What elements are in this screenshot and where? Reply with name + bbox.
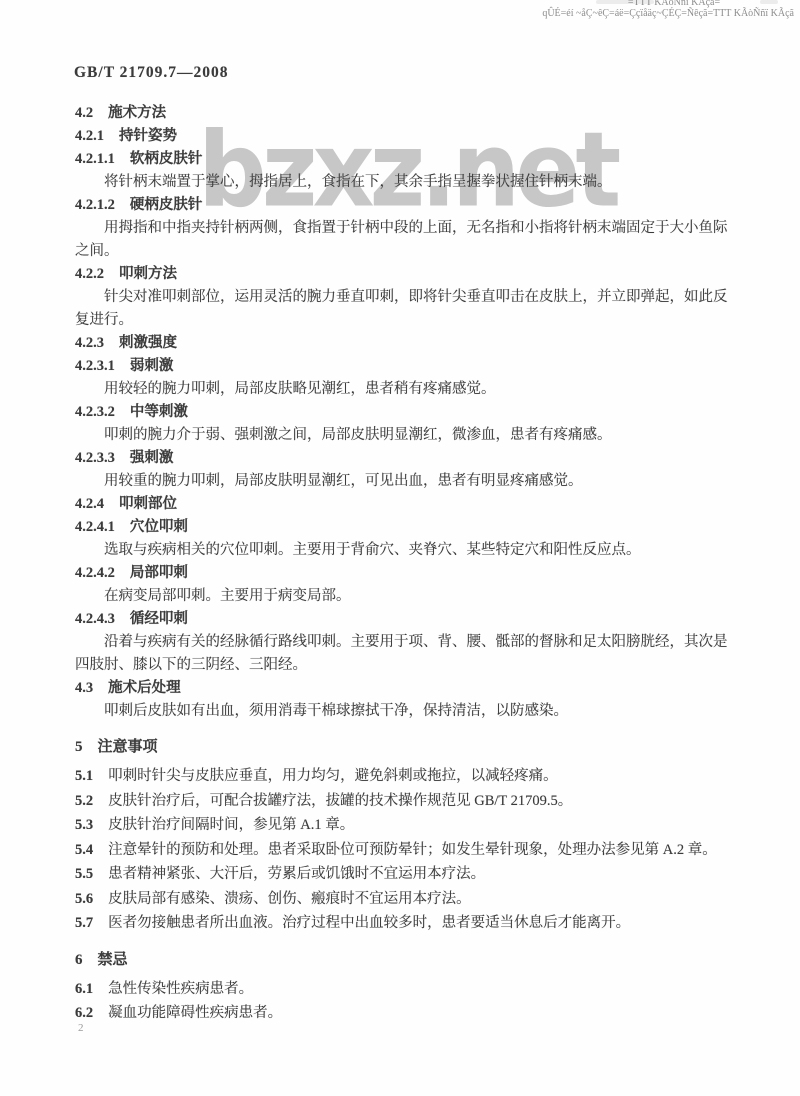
section-number: 4.2.1 bbox=[75, 128, 119, 144]
section-number: 4.2.3.3 bbox=[75, 450, 130, 466]
section-number: 5 bbox=[75, 739, 98, 755]
clause-item: 5.4注意晕针的预防和处理。患者采取卧位可预防晕针；如发生晕针现象，处理办法参见… bbox=[75, 838, 739, 863]
clause-text: 皮肤局部有感染、溃疡、创伤、瘢痕时不宜运用本疗法。 bbox=[108, 891, 471, 907]
clause-number: 5.7 bbox=[75, 915, 108, 931]
section-number: 4.2.3.1 bbox=[75, 358, 130, 374]
section-title: 局部叩刺 bbox=[130, 565, 188, 581]
clause-item: 5.5患者精神紧张、大汗后，劳累后或饥饿时不宜运用本疗法。 bbox=[75, 862, 739, 887]
clause-item: 5.3皮肤针治疗间隔时间，参见第 A.1 章。 bbox=[75, 813, 739, 838]
section-heading: 4.2.4叩刺部位 bbox=[75, 493, 739, 516]
paragraph: 在病变局部叩刺。主要用于病变局部。 bbox=[75, 585, 739, 608]
paragraph: 将针柄末端置于掌心，拇指居上，食指在下，其余手指呈握拳状握住针柄末端。 bbox=[75, 171, 739, 194]
clause-text: 皮肤针治疗间隔时间，参见第 A.1 章。 bbox=[108, 817, 354, 833]
paragraph: 用较轻的腕力叩刺，局部皮肤略见潮红，患者稍有疼痛感觉。 bbox=[75, 378, 739, 401]
scanned-standard-page: =TTT KÃòÑñï KÃçã= qÛÉ=éí ~åÇ~êÇ=áë=Ççïåä… bbox=[0, 0, 800, 1096]
clause-item: 5.2皮肤针治疗后，可配合拔罐疗法，拔罐的技术操作规范见 GB/T 21709.… bbox=[75, 789, 739, 814]
section-heading: 4.2.1.2硬柄皮肤针 bbox=[75, 194, 739, 217]
clause-text: 医者勿接触患者所出血液。治疗过程中出血较多时，患者要适当休息后才能离开。 bbox=[108, 915, 630, 931]
section-title: 软柄皮肤针 bbox=[130, 151, 203, 167]
section-number: 4.2.3 bbox=[75, 335, 119, 351]
paragraph: 用拇指和中指夹持针柄两侧，食指置于针柄中段的上面，无名指和小指将针柄末端固定于大… bbox=[75, 217, 739, 263]
standard-number-header: GB/T 21709.7—2008 bbox=[74, 64, 229, 82]
section-heading: 4.2.4.1穴位叩刺 bbox=[75, 516, 739, 539]
chapter-heading: 5注意事项 bbox=[75, 735, 739, 759]
section-heading: 4.2.3.2中等刺激 bbox=[75, 401, 739, 424]
clause-item: 5.7医者勿接触患者所出血液。治疗过程中出血较多时，患者要适当休息后才能离开。 bbox=[75, 911, 739, 936]
clause-number: 5.1 bbox=[75, 768, 108, 784]
section-number: 4.2.4 bbox=[75, 496, 119, 512]
section-number: 4.2.4.3 bbox=[75, 611, 130, 627]
clause-text: 叩刺时针尖与皮肤应垂直，用力均匀，避免斜刺或拖拉，以减轻疼痛。 bbox=[108, 768, 558, 784]
paragraph: 叩刺后皮肤如有出血，须用消毒干棉球擦拭干净，保持清洁，以防感染。 bbox=[75, 700, 739, 723]
section-title: 叩刺部位 bbox=[119, 496, 177, 512]
section-heading: 4.2.3刺激强度 bbox=[75, 332, 739, 355]
clause-text: 注意晕针的预防和处理。患者采取卧位可预防晕针；如发生晕针现象，处理办法参见第 A… bbox=[108, 842, 717, 858]
section-title: 刺激强度 bbox=[119, 335, 177, 351]
paragraph: 叩刺的腕力介于弱、强刺激之间，局部皮肤明显潮红，微渗血，患者有疼痛感。 bbox=[75, 424, 739, 447]
section-heading: 4.2.1.1软柄皮肤针 bbox=[75, 148, 739, 171]
section-number: 4.2.4.1 bbox=[75, 519, 130, 535]
page-number: 2 bbox=[78, 1022, 84, 1034]
section-title: 穴位叩刺 bbox=[130, 519, 188, 535]
clause-item: 6.1急性传染性疾病患者。 bbox=[75, 977, 739, 1002]
encoding-artifact-line2: qÛÉ=éí ~åÇ~êÇ=áë=Ççïåäç~ÇÉÇ=Ñêçã=TTT KÃò… bbox=[494, 8, 794, 19]
clause-item: 5.6皮肤局部有感染、溃疡、创伤、瘢痕时不宜运用本疗法。 bbox=[75, 887, 739, 912]
section-title: 中等刺激 bbox=[130, 404, 188, 420]
section-title: 强刺激 bbox=[130, 450, 174, 466]
section-heading: 4.2.2叩刺方法 bbox=[75, 263, 739, 286]
clause-number: 6.1 bbox=[75, 981, 108, 997]
encoding-artifact-note: =TTT KÃòÑñï KÃçã= qÛÉ=éí ~åÇ~êÇ=áë=Ççïåä… bbox=[494, 0, 794, 19]
section-title: 叩刺方法 bbox=[119, 266, 177, 282]
section-number: 4.2.1.1 bbox=[75, 151, 130, 167]
clause-number: 5.6 bbox=[75, 891, 108, 907]
section-heading: 4.2.3.1弱刺激 bbox=[75, 355, 739, 378]
clause-item: 5.1叩刺时针尖与皮肤应垂直，用力均匀，避免斜刺或拖拉，以减轻疼痛。 bbox=[75, 764, 739, 789]
section-number: 4.2.3.2 bbox=[75, 404, 130, 420]
chapter-heading: 6禁忌 bbox=[75, 948, 739, 972]
section-heading: 4.2.1持针姿势 bbox=[75, 125, 739, 148]
section-heading: 4.2施术方法 bbox=[75, 102, 739, 125]
section-heading: 4.2.4.3循经叩刺 bbox=[75, 608, 739, 631]
clause-number: 5.5 bbox=[75, 866, 108, 882]
section-title: 循经叩刺 bbox=[130, 611, 188, 627]
section-title: 弱刺激 bbox=[130, 358, 174, 374]
document-body: 4.2施术方法4.2.1持针姿势4.2.1.1软柄皮肤针将针柄末端置于掌心，拇指… bbox=[75, 102, 739, 1026]
paragraph: 沿着与疾病有关的经脉循行路线叩刺。主要用于项、背、腰、骶部的督脉和足太阳膀胱经，… bbox=[75, 631, 739, 677]
section-number: 4.2.2 bbox=[75, 266, 119, 282]
section-heading: 4.3施术后处理 bbox=[75, 677, 739, 700]
paragraph: 选取与疾病相关的穴位叩刺。主要用于背俞穴、夹脊穴、某些特定穴和阳性反应点。 bbox=[75, 539, 739, 562]
clause-text: 凝血功能障碍性疾病患者。 bbox=[108, 1005, 282, 1021]
clause-number: 6.2 bbox=[75, 1005, 108, 1021]
clause-number: 5.4 bbox=[75, 842, 108, 858]
clause-item: 6.2凝血功能障碍性疾病患者。 bbox=[75, 1001, 739, 1026]
section-heading: 4.2.4.2局部叩刺 bbox=[75, 562, 739, 585]
section-number: 4.3 bbox=[75, 680, 108, 696]
section-number: 4.2.4.2 bbox=[75, 565, 130, 581]
clause-text: 皮肤针治疗后，可配合拔罐疗法，拔罐的技术操作规范见 GB/T 21709.5。 bbox=[108, 793, 572, 809]
section-title: 持针姿势 bbox=[119, 128, 177, 144]
clause-number: 5.3 bbox=[75, 817, 108, 833]
section-heading: 4.2.3.3强刺激 bbox=[75, 447, 739, 470]
section-title: 禁忌 bbox=[98, 952, 128, 968]
encoding-artifact-line1: =TTT KÃòÑñï KÃçã= bbox=[494, 0, 794, 8]
section-number: 4.2 bbox=[75, 105, 108, 121]
clause-text: 急性传染性疾病患者。 bbox=[108, 981, 253, 997]
clause-number: 5.2 bbox=[75, 793, 108, 809]
paragraph: 用较重的腕力叩刺，局部皮肤明显潮红，可见出血，患者有明显疼痛感觉。 bbox=[75, 470, 739, 493]
section-title: 硬柄皮肤针 bbox=[130, 197, 203, 213]
section-title: 施术后处理 bbox=[108, 680, 181, 696]
paragraph: 针尖对准叩刺部位，运用灵活的腕力垂直叩刺，即将针尖垂直叩击在皮肤上，并立即弹起，… bbox=[75, 286, 739, 332]
clause-text: 患者精神紧张、大汗后，劳累后或饥饿时不宜运用本疗法。 bbox=[108, 866, 485, 882]
section-title: 注意事项 bbox=[98, 739, 158, 755]
section-title: 施术方法 bbox=[108, 105, 166, 121]
section-number: 4.2.1.2 bbox=[75, 197, 130, 213]
section-number: 6 bbox=[75, 952, 98, 968]
